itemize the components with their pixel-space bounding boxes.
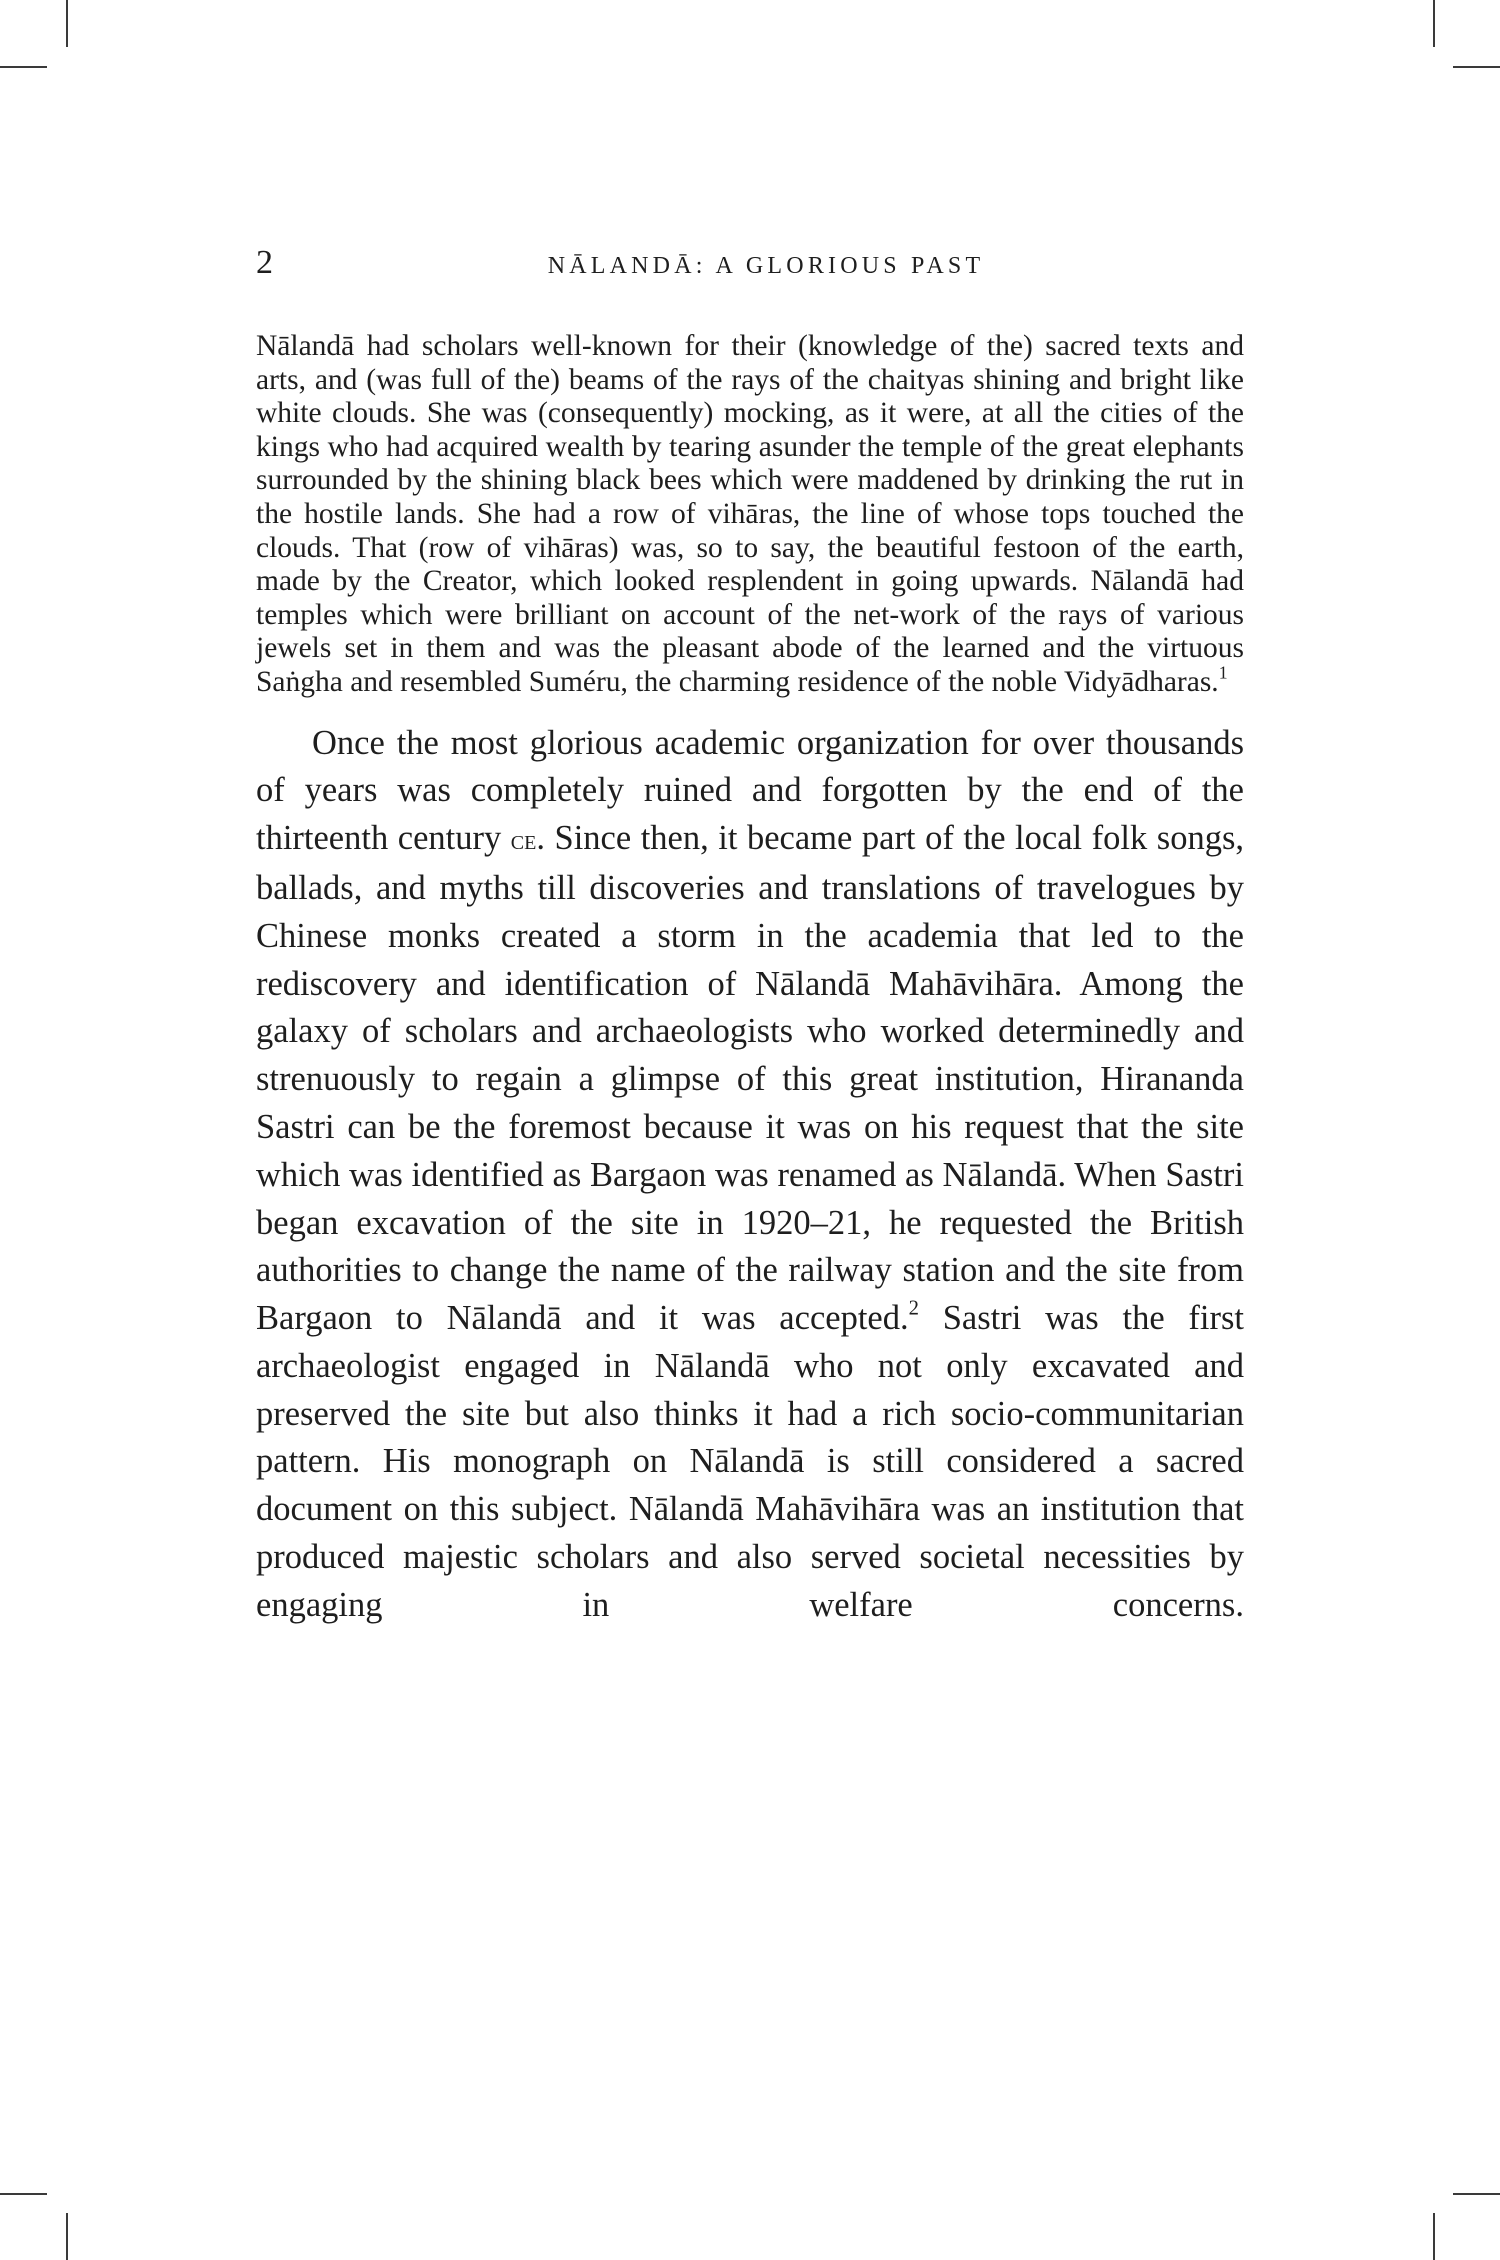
crop-mark-top-left-horizontal [0,66,47,68]
crop-mark-top-left-vertical [66,0,68,47]
crop-mark-bottom-right-vertical [1433,2213,1435,2260]
crop-mark-bottom-right-horizontal [1453,2193,1500,2195]
book-page: 2 NĀLANDĀ: A GLORIOUS PAST Nālandā had s… [256,240,1244,1630]
footnote-ref-2[interactable]: 2 [909,1298,919,1320]
crop-mark-top-right-horizontal [1453,66,1500,68]
era-abbreviation: ce [511,825,537,856]
crop-mark-bottom-left-horizontal [0,2193,47,2195]
body-paragraph: Once the most glorious academic organiza… [256,720,1244,1630]
crop-mark-bottom-left-vertical [66,2213,68,2260]
footnote-ref-1[interactable]: 1 [1219,663,1228,683]
block-quote: Nālandā had scholars well-known for thei… [256,330,1244,700]
running-head-title: NĀLANDĀ: A GLORIOUS PAST [336,252,1196,280]
paragraph-text-part2: . Since then, it became part of the loca… [256,819,1244,1337]
crop-mark-top-right-vertical [1433,0,1435,47]
running-head-title-text: NĀLANDĀ: A GLORIOUS PAST [336,252,1196,280]
page-number: 2 [256,246,273,280]
block-quote-text: Nālandā had scholars well-known for thei… [256,330,1244,698]
paragraph-text-part3: Sastri was the first archaeologist engag… [256,1299,1244,1624]
running-head: 2 NĀLANDĀ: A GLORIOUS PAST [256,240,1244,300]
